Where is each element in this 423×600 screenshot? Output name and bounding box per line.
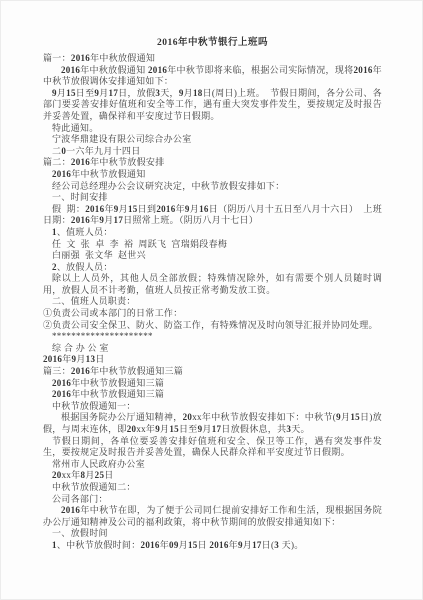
paragraph: 二0一六年九月十四日: [43, 146, 382, 158]
paragraph: 中秋节放假通知一：: [43, 401, 382, 413]
paragraph: 2016年中秋放假通知 2016年中秋节即将来临，根据公司实际情况，现将2016…: [43, 65, 382, 88]
paragraph: 2、放假人员：: [43, 262, 382, 274]
paragraph: 2016年中秋节放假通知: [43, 169, 382, 181]
paragraph: 2016年中秋节放假通知三篇: [43, 378, 382, 390]
paragraph: 任 文 张 卓 李 裕 周跃飞 宫瑞娟段春梅: [43, 239, 382, 251]
paragraph: 根据国务院办公厅通知精神，20xx年中秋节放假安排如下：中秋节(9月15日)放假…: [43, 412, 382, 435]
paragraph: 2016年9月13日: [43, 354, 382, 366]
paragraph: ②负责公司安全保卫、防火、防盗工作，有特殊情况及时向领导汇报并协同处理。: [43, 320, 382, 332]
paragraph: 宁波华鼎建设有限公司综合办公室: [43, 134, 382, 146]
page-title: 2016年中秋节银行上班吗: [43, 37, 382, 50]
paragraph: 中秋节放假通知二：: [43, 482, 382, 494]
document-page: 2016年中秋节银行上班吗 篇一：2016年中秋放假通知2016年中秋放假通知 …: [0, 0, 423, 600]
paragraph: 20xx年8月25日: [43, 470, 382, 482]
paragraph: 1、中秋节放假时间：2016年09月15日 2016年9月17日(3 天)。: [43, 540, 382, 552]
document-body: 篇一：2016年中秋放假通知2016年中秋放假通知 2016年中秋节即将来临，根…: [43, 53, 382, 552]
paragraph: 二、值班人员职责：: [43, 296, 382, 308]
paragraph: 公司各部门：: [43, 494, 382, 506]
paragraph: 除以上人员外，其他人员全部放假；特殊情况除外，如有需要个别人员随时调用，放假人员…: [43, 273, 382, 296]
paragraph: 2016年中秋节在即，为了便于公司同仁提前安排好工作和生活，现根据国务院办公厅通…: [43, 505, 382, 528]
paragraph: 篇二：2016年中秋节放假安排: [43, 157, 382, 169]
paragraph: 经公司总经理办公会议研究决定，中秋节放假安排如下：: [43, 181, 382, 193]
paragraph: 白丽强 张文华 赵世兴: [43, 250, 382, 262]
paragraph: 节假日期间，各单位要妥善安排好值班和安全、保卫等工作，遇有突发事件发生，要按规定…: [43, 436, 382, 459]
paragraph: 特此通知。: [43, 123, 382, 135]
paragraph: *********************: [43, 331, 382, 343]
paragraph: 9月15日至9月17日，放假3天，9月18日(周日)上班。 节假日期间，各分公司…: [43, 88, 382, 123]
paragraph: 2016年中秋节放假通知三篇: [43, 389, 382, 401]
paragraph: 常州市人民政府办公室: [43, 459, 382, 471]
paragraph: 1、值班人员：: [43, 227, 382, 239]
paragraph: 综 合 办 公 室: [43, 343, 382, 355]
paragraph: 篇三：2016年中秋节放假通知三篇: [43, 366, 382, 378]
paragraph: ①负责公司或本部门的日常工作：: [43, 308, 382, 320]
paragraph: 一、放假时间: [43, 528, 382, 540]
paragraph: 篇一：2016年中秋放假通知: [43, 53, 382, 65]
paragraph: 假 期：2016年9月15日到2016年9月16日（阴历八月十五日至八月十六日）…: [43, 204, 382, 227]
paragraph: 一、时间安排: [43, 192, 382, 204]
